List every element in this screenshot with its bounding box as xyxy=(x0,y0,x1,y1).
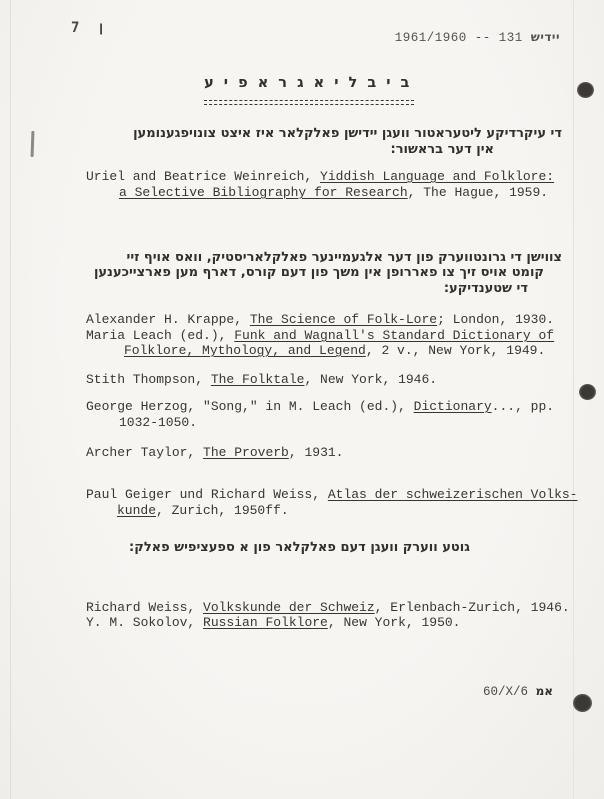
section2-yiddish-line-1: צווישן די גרונטווערק פון דער אלגעמיינער … xyxy=(127,250,562,265)
title-underline xyxy=(204,100,414,105)
page-number-mark: 7 ן xyxy=(71,20,105,37)
section3-yiddish-heading: גוטע ווערק וועגן דעם פאלקלאר פון א ספעצי… xyxy=(130,540,470,555)
binding-hole-top xyxy=(577,82,594,98)
intro-yiddish-line-1: די עיקרדיקע ליטעראטור וועגן יידישן פאלקל… xyxy=(133,126,562,141)
bib-entry-weinreich-line-2: a Selective Bibliography for Research, T… xyxy=(119,185,548,200)
bib-entry-sokolov: Y. M. Sokolov, Russian Folklore, New Yor… xyxy=(86,615,460,630)
course-header-yiddish-word: יידיש xyxy=(531,30,560,44)
scan-margin-mark xyxy=(31,131,35,157)
bib-entry-geiger-line-2: kunde, Zurich, 1950ff. xyxy=(117,503,289,518)
section2-yiddish-line-2: קומט אויס זיך צו פאררופן אין משך פון דעם… xyxy=(94,265,544,280)
section2-yiddish-line-3: די שטענדיקע: xyxy=(444,281,528,296)
typist-signature-code: 60/X/6 xyxy=(483,685,528,699)
binding-hole-middle xyxy=(579,384,596,400)
bib-entry-taylor: Archer Taylor, The Proverb, 1931. xyxy=(86,445,343,460)
typist-signature-initials: אמ xyxy=(536,684,553,698)
typist-signature: 60/X/6 אמ xyxy=(483,684,553,699)
bib-entry-thompson: Stith Thompson, The Folktale, New York, … xyxy=(86,372,437,387)
scanned-document-page: 7 ן 1961/1960 -- 131 יידיש ב י ב ל י א ג… xyxy=(0,0,604,799)
bib-entry-leach-line-2: Folklore, Mythology, and Legend, 2 v., N… xyxy=(124,343,545,358)
scan-edge-left xyxy=(10,0,11,799)
bib-entry-herzog-line-1: George Herzog, "Song," in M. Leach (ed.)… xyxy=(86,399,554,414)
course-header-years: 1961/1960 -- 131 xyxy=(395,31,523,45)
course-header: 1961/1960 -- 131 יידיש xyxy=(395,30,560,45)
bib-entry-weiss: Richard Weiss, Volkskunde der Schweiz, E… xyxy=(86,600,570,615)
bib-entry-herzog-line-2: 1032-1050. xyxy=(119,415,197,430)
scan-edge-right xyxy=(573,0,574,799)
bib-entry-krappe: Alexander H. Krappe, The Science of Folk… xyxy=(86,312,554,327)
intro-yiddish-line-2: אין דער בראשור: xyxy=(391,142,495,157)
bib-entry-leach-line-1: Maria Leach (ed.), Funk and Wagnall's St… xyxy=(86,328,554,343)
binding-hole-bottom xyxy=(573,694,592,712)
bib-entry-geiger-line-1: Paul Geiger und Richard Weiss, Atlas der… xyxy=(86,487,577,502)
bib-entry-weinreich-line-1: Uriel and Beatrice Weinreich, Yiddish La… xyxy=(86,169,554,184)
document-title: ב י ב ל י א ג ר א פ י ע xyxy=(200,76,416,91)
